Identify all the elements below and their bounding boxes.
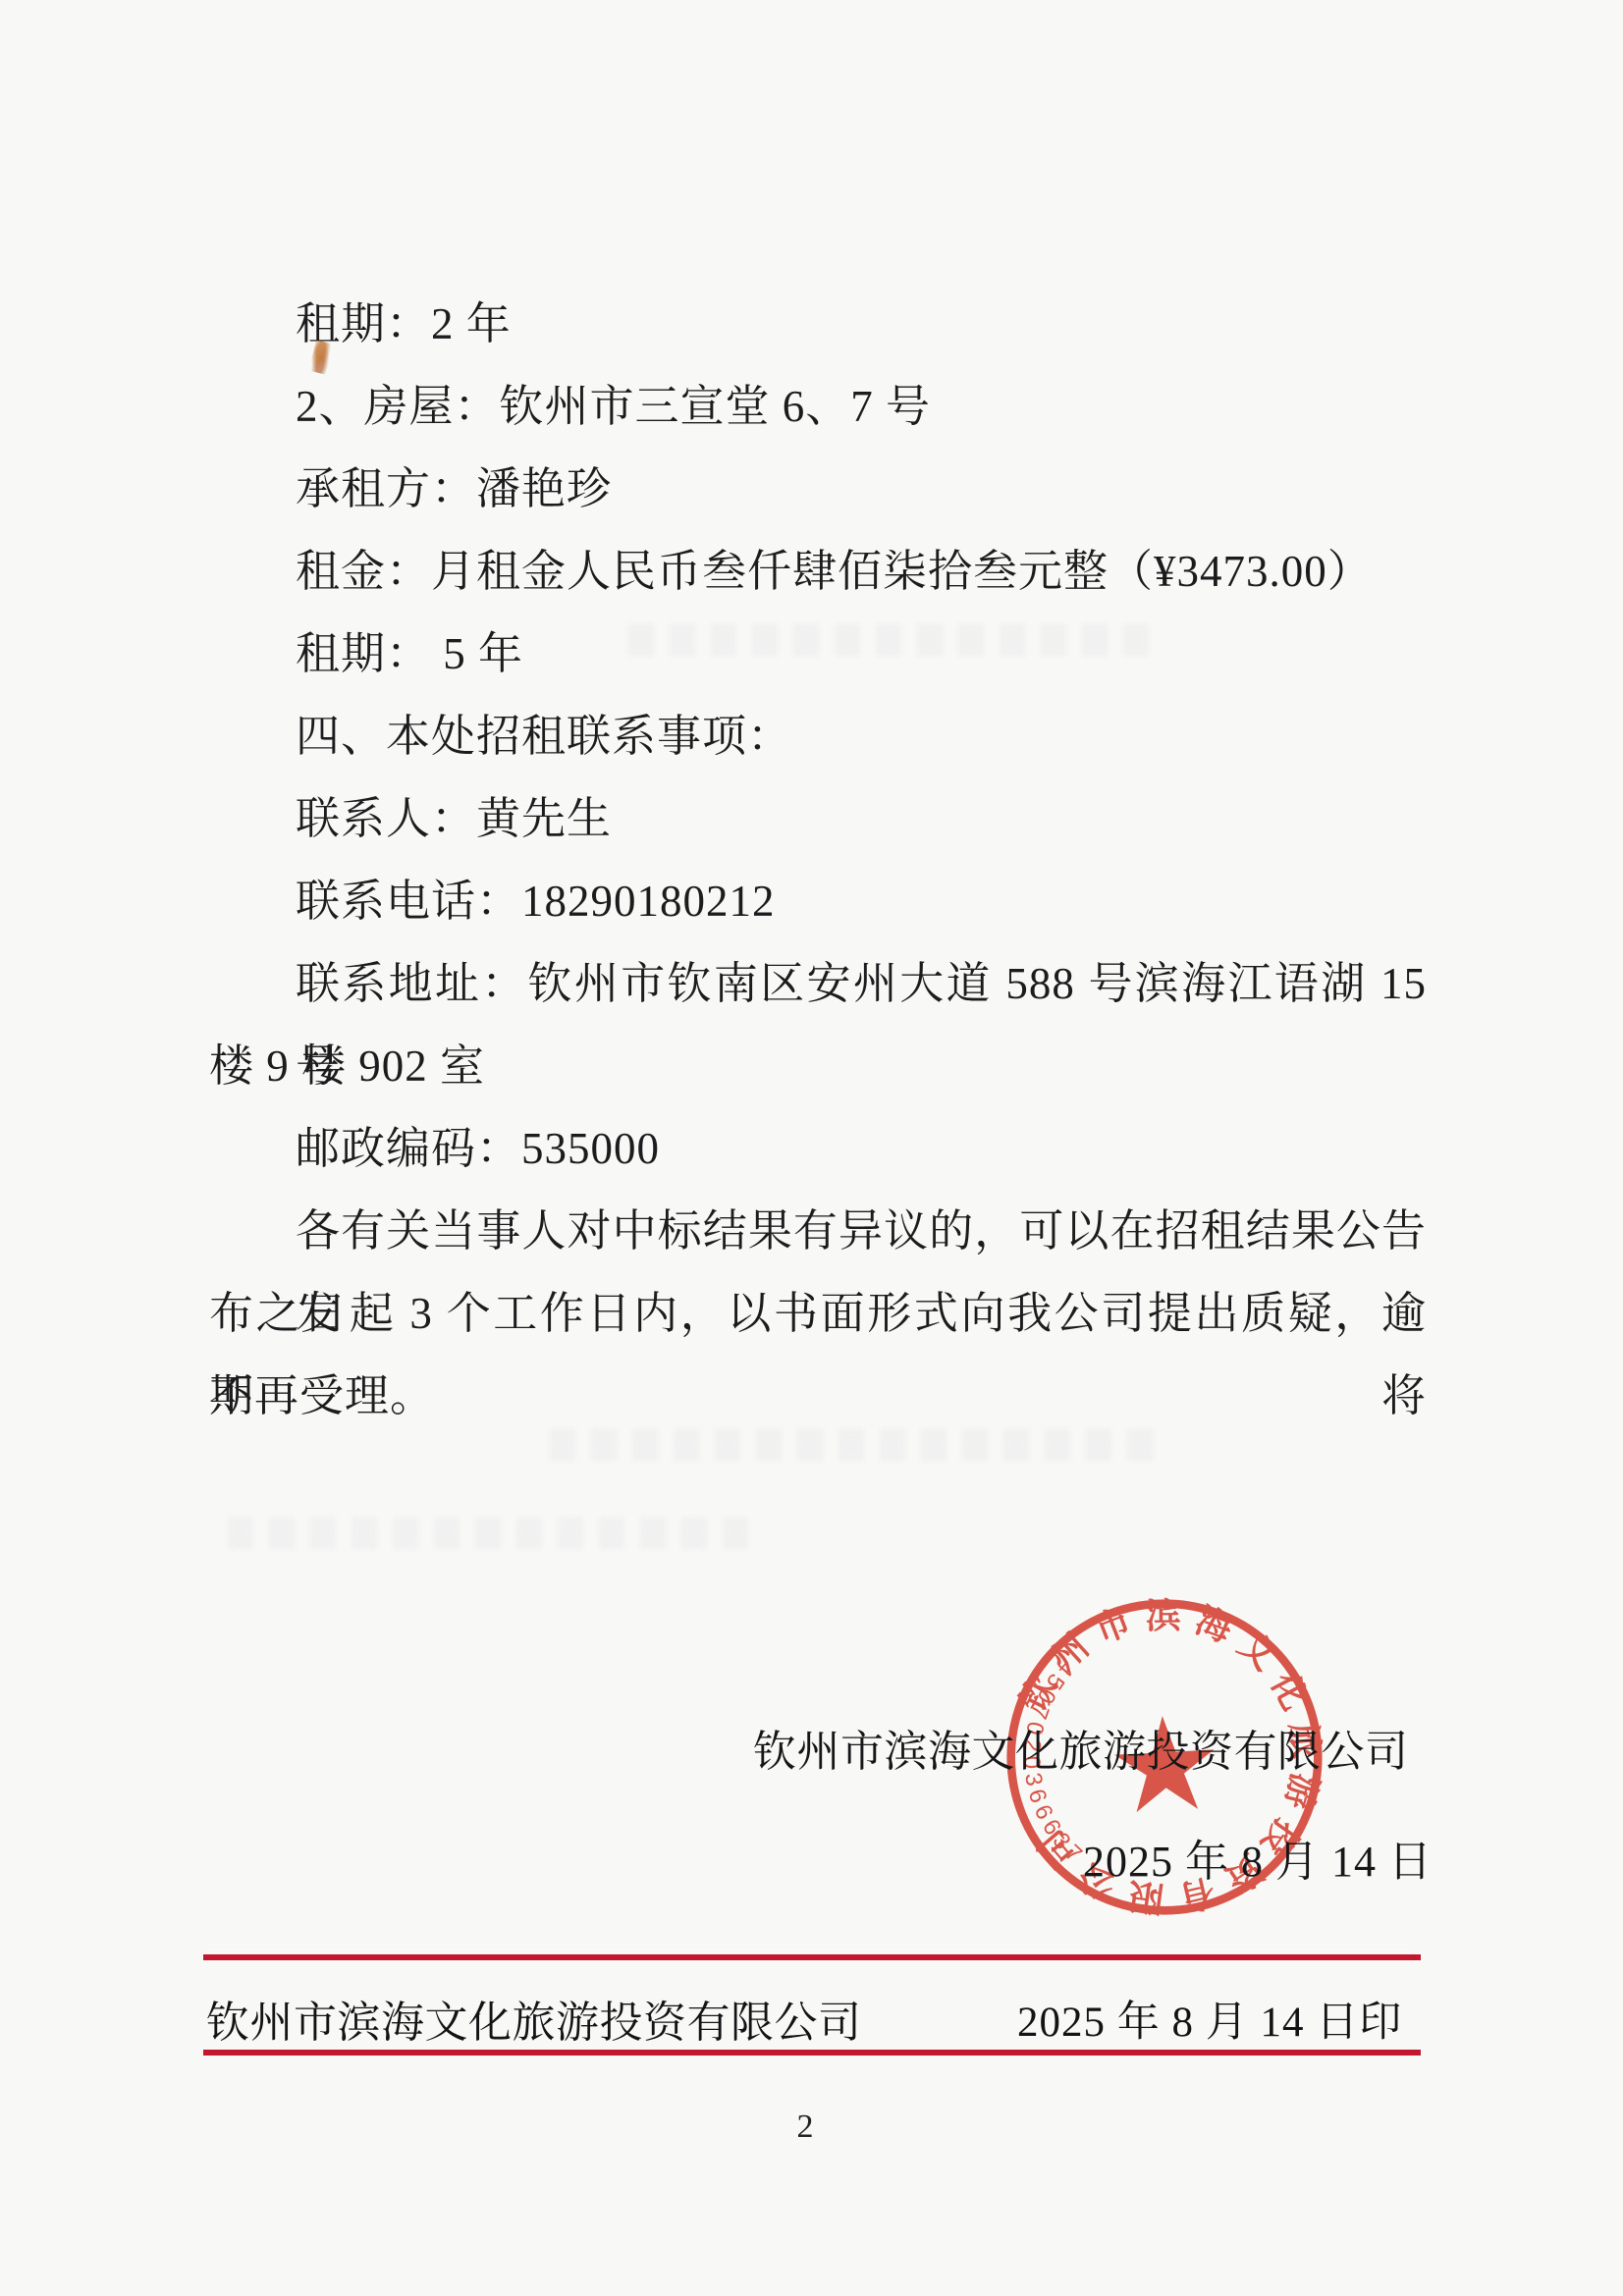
body-line-house-2: 2、房屋：钦州市三宣堂 6、7 号: [209, 365, 1427, 448]
body-line-objection-1: 各有关当事人对中标结果有异议的，可以在招租结果公告发: [209, 1190, 1427, 1272]
body-line-lease-term-1: 租期：2 年: [209, 283, 1427, 365]
scan-bleed-artifact: [228, 1518, 758, 1549]
body-line-rent-amount: 租金：月租金人民币叁仟肆佰柒拾叁元整（¥3473.00）: [209, 530, 1427, 613]
body-line-contact-phone: 联系电话：18290180212: [209, 860, 1427, 942]
body-line-section-four: 四、本处招租联系事项：: [209, 695, 1427, 777]
body-line-contact-address: 联系地址：钦州市钦南区安州大道 588 号滨海江语湖 15 号: [209, 942, 1427, 1025]
document-body: 租期：2 年 2、房屋：钦州市三宣堂 6、7 号 承租方：潘艳珍 租金：月租金人…: [209, 283, 1427, 1437]
signature-company-name: 钦州市滨海文化旅游投资有限公司: [753, 1716, 1409, 1779]
footer-rule-bottom: [203, 2050, 1421, 2056]
body-line-lessee: 承租方：潘艳珍: [209, 448, 1427, 530]
body-line-objection-2: 布之日起 3 个工作日内，以书面形式向我公司提出质疑，逾期将: [209, 1272, 1427, 1355]
signature-date: 2025 年 8 月 14 日: [1083, 1826, 1433, 1889]
footer-print-date: 2025 年 8 月 14 日印: [1017, 1989, 1402, 2049]
page-number: 2: [785, 2109, 825, 2146]
body-line-contact-person: 联系人：黄先生: [209, 777, 1427, 860]
document-page: 租期：2 年 2、房屋：钦州市三宣堂 6、7 号 承租方：潘艳珍 租金：月租金人…: [0, 0, 1623, 2296]
scan-bleed-artifact: [628, 624, 1159, 656]
footer-company-name: 钦州市滨海文化旅游投资有限公司: [206, 1987, 862, 2050]
footer-rule-top: [203, 1954, 1421, 1960]
body-line-postal-code: 邮政编码：535000: [209, 1107, 1427, 1190]
body-line-address-wrap: 楼 9 楼 902 室: [209, 1025, 1427, 1107]
scan-bleed-artifact: [550, 1429, 1159, 1461]
